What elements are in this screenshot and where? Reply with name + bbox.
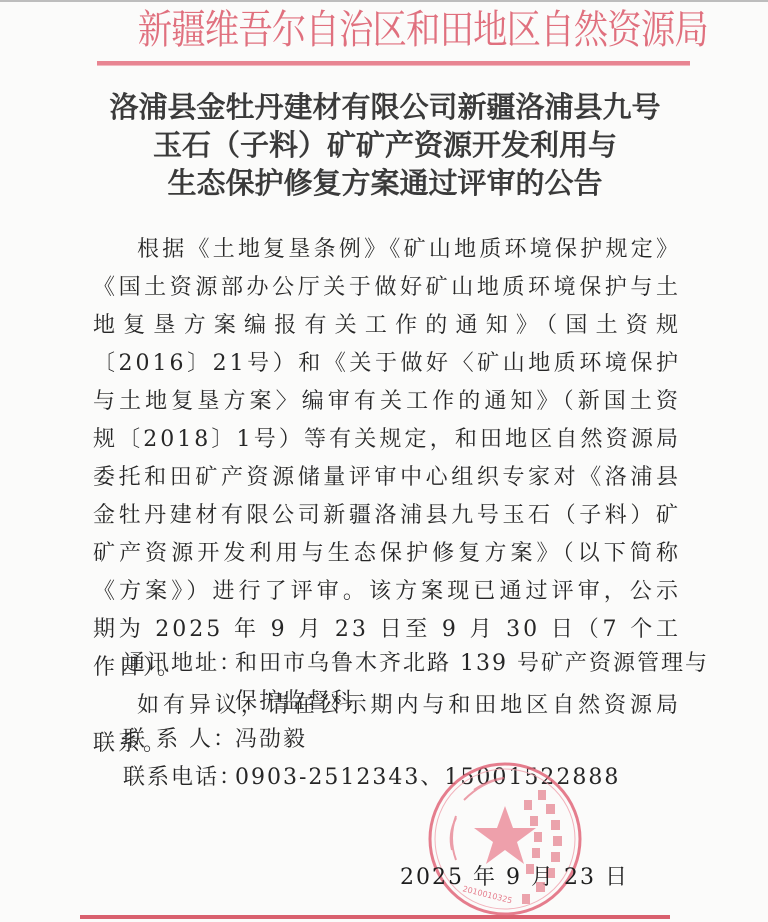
person-label: 联 系 人： <box>123 721 235 759</box>
contact-phone-row: 联系电话： 0903-2512343、15001522888 <box>123 759 683 797</box>
title-line-1: 洛浦县金牡丹建材有限公司新疆洛浦县九号 <box>80 88 690 126</box>
contact-person-row: 联 系 人： 冯劭毅 <box>123 721 683 759</box>
body-paragraph-main: 根据《土地复垦条例》《矿山地质环境保护规定》《国土资源部办公厅关于做好矿山地质环… <box>93 231 681 687</box>
issue-date: 2025 年 9 月 23 日 <box>400 862 629 894</box>
phone-label: 联系电话： <box>123 759 235 797</box>
official-seal-icon: 2010010325 <box>426 760 584 918</box>
title-line-3: 生态保护修复方案通过评审的公告 <box>80 164 690 202</box>
page-top-border <box>0 0 768 2</box>
notice-title: 洛浦县金牡丹建材有限公司新疆洛浦县九号 玉石（子料）矿矿产资源开发利用与 生态保… <box>80 88 690 202</box>
address-label: 通讯地址： <box>123 645 235 683</box>
contact-address-row: 通讯地址： 和田市乌鲁木齐北路 139 号矿产资源管理与 <box>123 645 683 683</box>
contact-info: 通讯地址： 和田市乌鲁木齐北路 139 号矿产资源管理与 保护监督科 联 系 人… <box>123 645 683 797</box>
address-value: 和田市乌鲁木齐北路 139 号矿产资源管理与 <box>235 645 709 683</box>
masthead-org-name: 新疆维吾尔自治区和田地区自然资源局 <box>138 4 651 56</box>
address-value-cont: 保护监督科 <box>123 683 355 721</box>
person-value: 冯劭毅 <box>235 721 307 759</box>
contact-address-row-2: 保护监督科 <box>123 683 683 721</box>
masthead-divider <box>97 61 690 66</box>
title-line-2: 玉石（子料）矿矿产资源开发利用与 <box>80 126 690 164</box>
